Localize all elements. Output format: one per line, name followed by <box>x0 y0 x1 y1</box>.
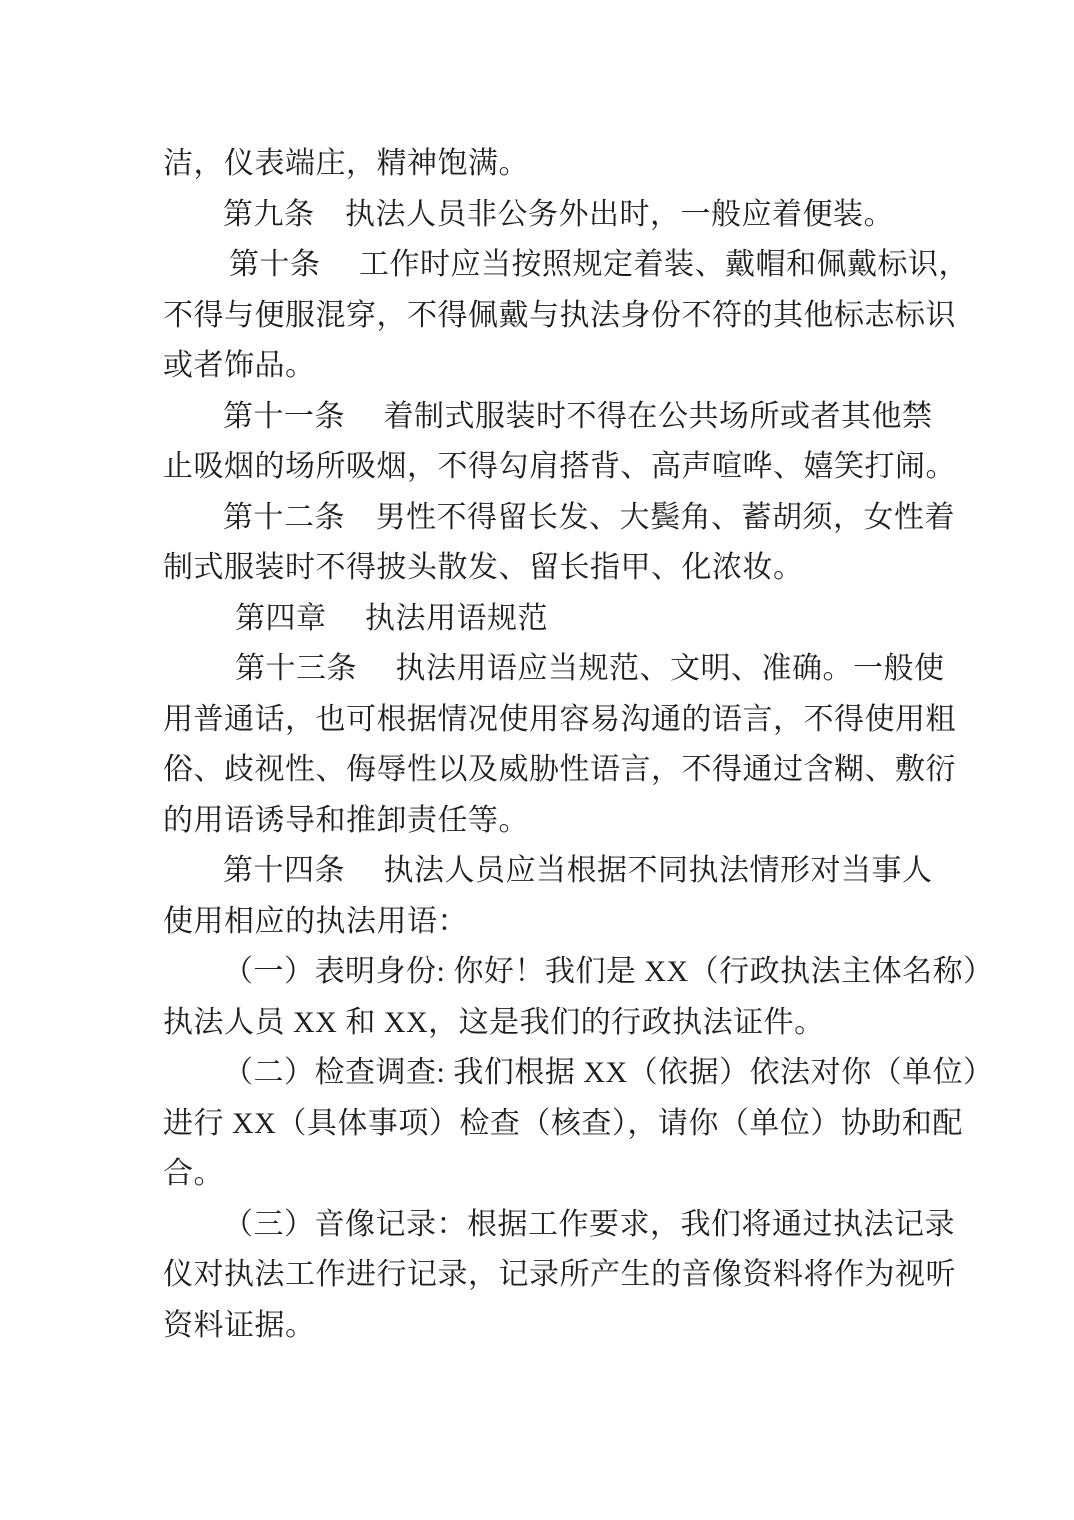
document-line: 用普通话，也可根据情况使用容易沟通的语言，不得使用粗 <box>163 695 963 746</box>
document-line: 合。 <box>163 1149 963 1200</box>
document-line: 第九条 执法人员非公务外出时，一般应着便装。 <box>163 190 963 241</box>
document-page: 洁，仪表端庄，精神饱满。第九条 执法人员非公务外出时，一般应着便装。第十条 工作… <box>0 0 1074 1520</box>
document-line: 洁，仪表端庄，精神饱满。 <box>163 139 963 190</box>
document-line: 资料证据。 <box>163 1301 963 1352</box>
text-block: 洁，仪表端庄，精神饱满。第九条 执法人员非公务外出时，一般应着便装。第十条 工作… <box>163 139 963 1351</box>
document-line: 第十四条 执法人员应当根据不同执法情形对当事人 <box>163 846 963 897</box>
document-line: 俗、歧视性、侮辱性以及威胁性语言，不得通过含糊、敷衍 <box>163 745 963 796</box>
document-line: 或者饰品。 <box>163 341 963 392</box>
document-line: 使用相应的执法用语： <box>163 897 963 948</box>
document-line: 第十三条 执法用语应当规范、文明、准确。一般使 <box>163 644 963 695</box>
document-line: 第十一条 着制式服装时不得在公共场所或者其他禁 <box>163 392 963 443</box>
document-line: 的用语诱导和推卸责任等。 <box>163 796 963 847</box>
document-line: 止吸烟的场所吸烟，不得勾肩搭背、高声喧哗、嬉笑打闹。 <box>163 442 963 493</box>
document-line: 第十二条 男性不得留长发、大鬓角、蓄胡须，女性着 <box>163 493 963 544</box>
document-line: 第四章 执法用语规范 <box>163 594 963 645</box>
document-line: 第十条 工作时应当按照规定着装、戴帽和佩戴标识， <box>163 240 963 291</box>
document-line: 进行 XX（具体事项）检查（核查），请你（单位）协助和配 <box>163 1099 963 1150</box>
document-line: 制式服装时不得披头散发、留长指甲、化浓妆。 <box>163 543 963 594</box>
document-line: （三）音像记录：根据工作要求，我们将通过执法记录 <box>163 1200 963 1251</box>
document-line: 不得与便服混穿，不得佩戴与执法身份不符的其他标志标识 <box>163 291 963 342</box>
document-line: 仪对执法工作进行记录，记录所产生的音像资料将作为视听 <box>163 1250 963 1301</box>
document-line: （一）表明身份: 你好！我们是 XX（行政执法主体名称） <box>163 947 963 998</box>
document-line: （二）检查调查: 我们根据 XX（依据）依法对你（单位） <box>163 1048 963 1099</box>
document-line: 执法人员 XX 和 XX，这是我们的行政执法证件。 <box>163 998 963 1049</box>
